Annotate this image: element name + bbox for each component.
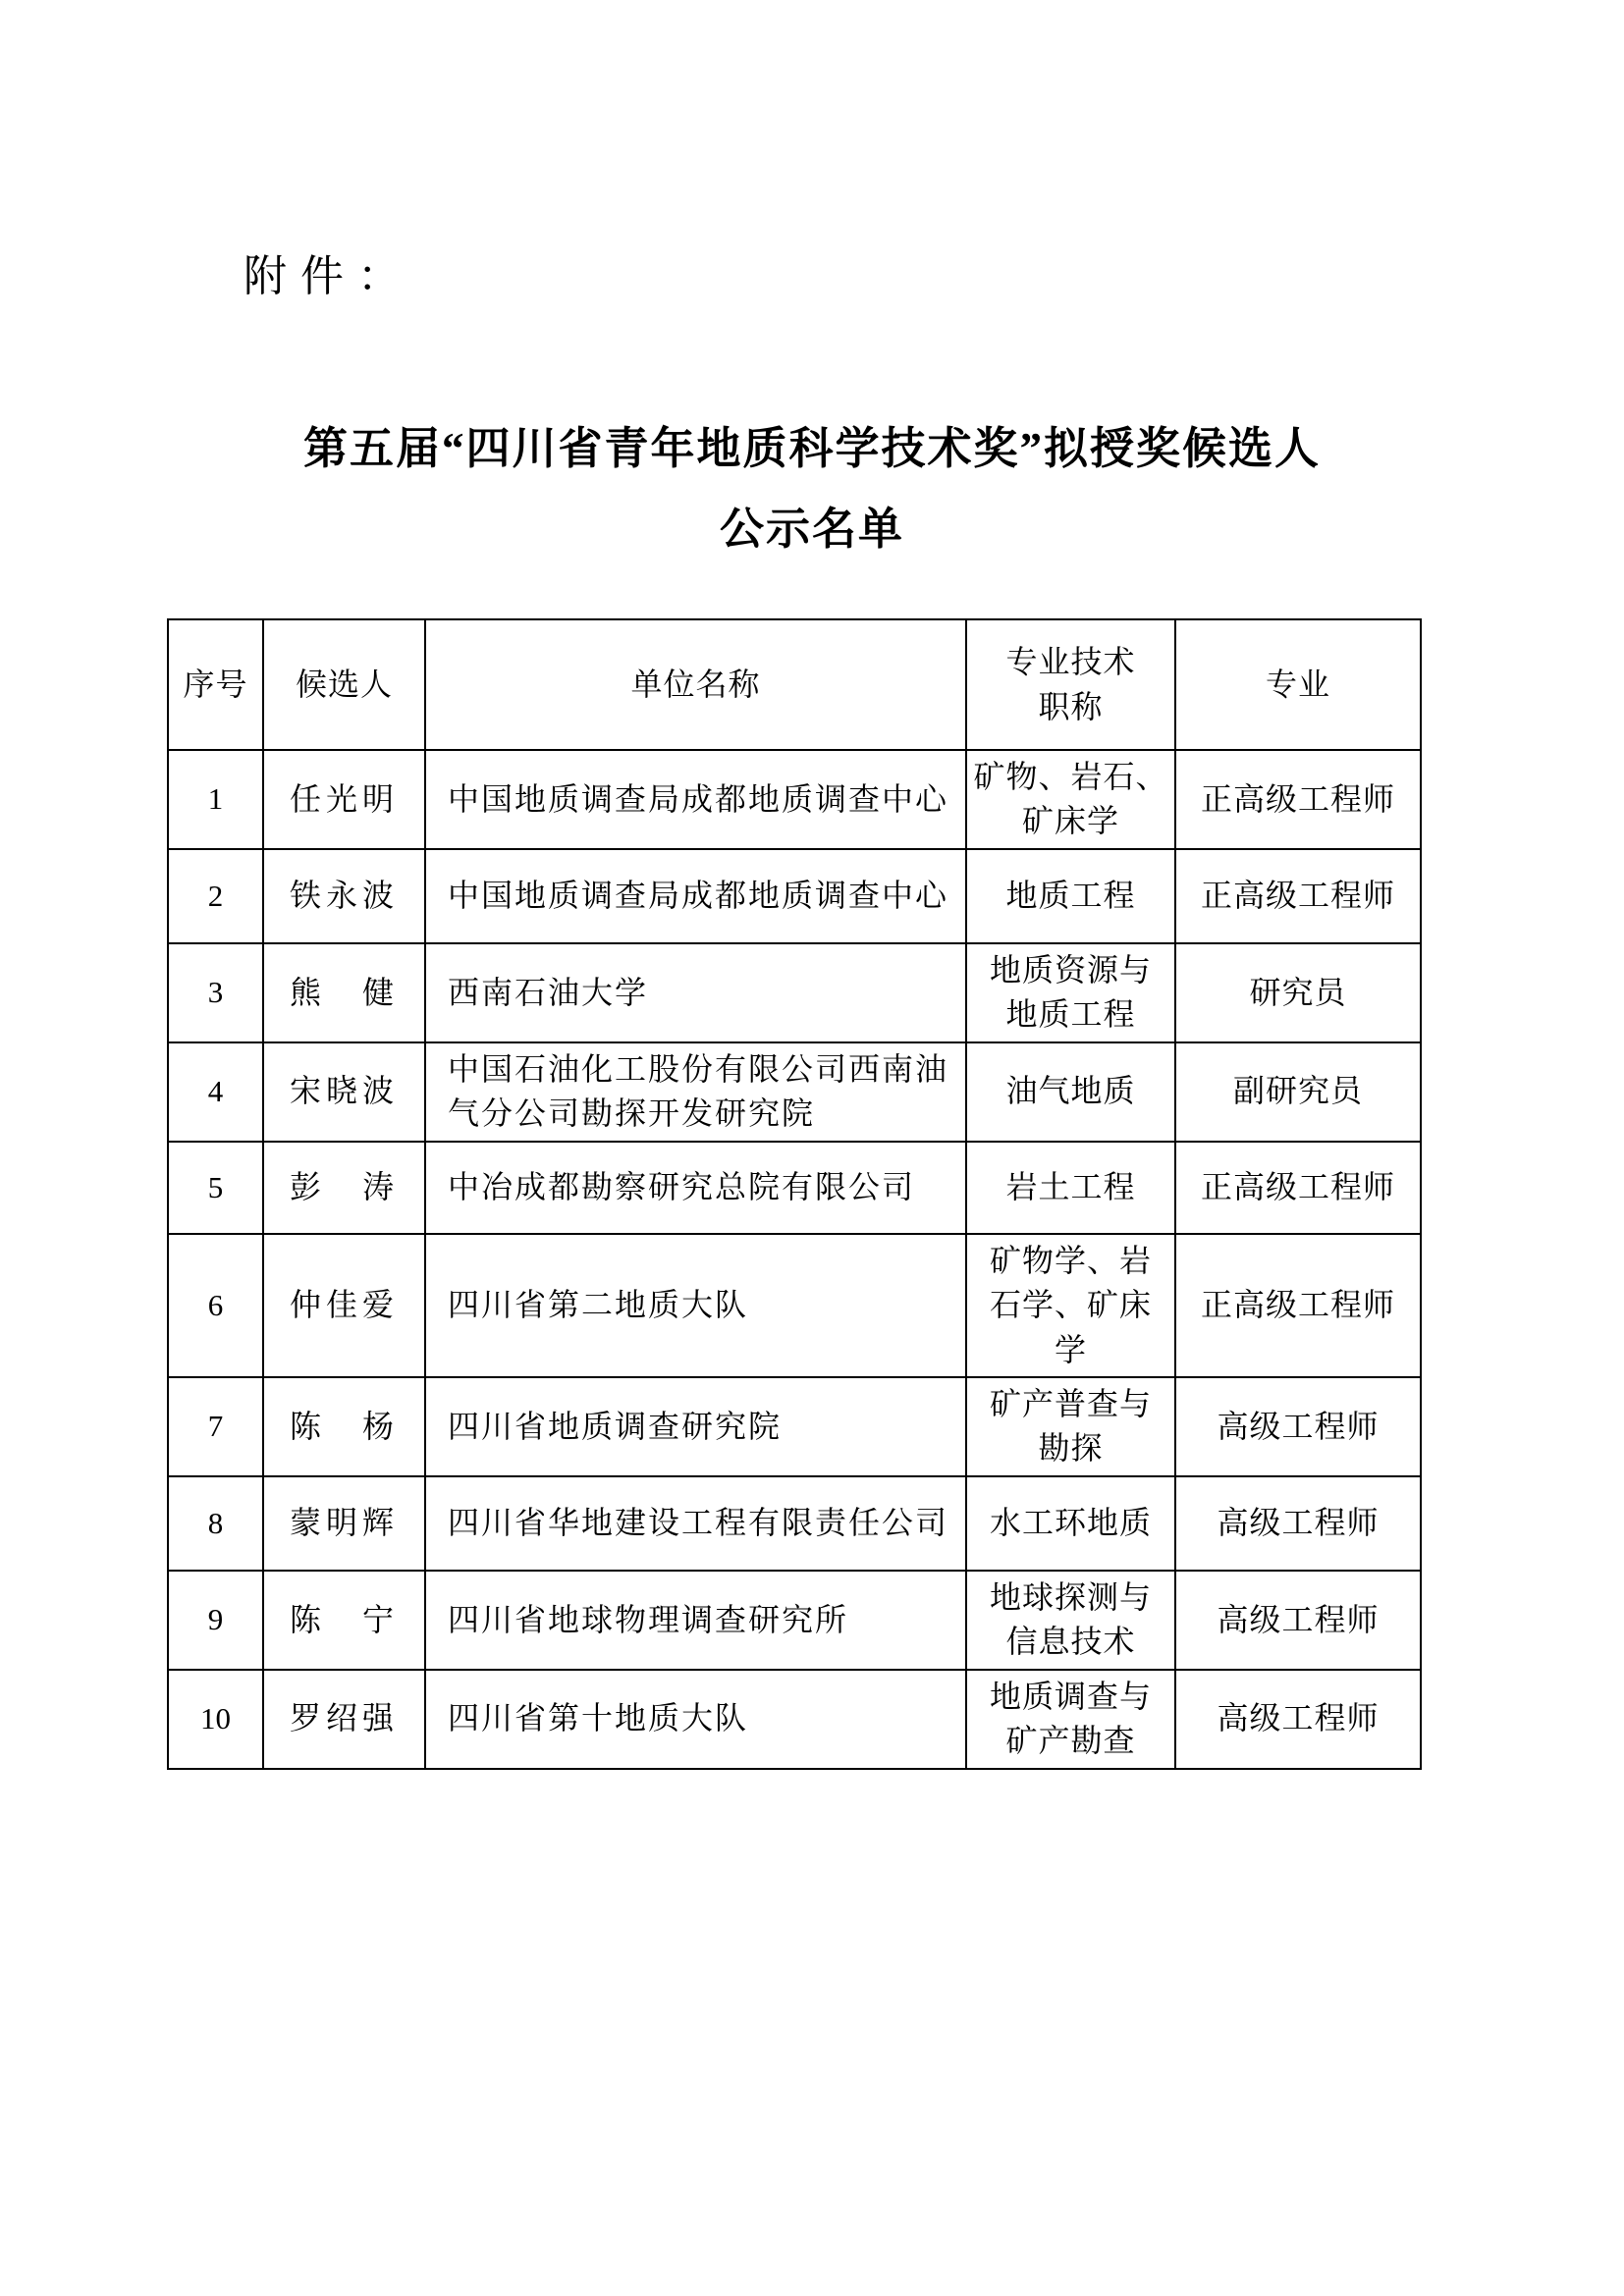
- serial-cell: 3: [168, 943, 263, 1042]
- specialty-cell: 高级工程师: [1175, 1377, 1421, 1476]
- organization-cell: 中国石油化工股份有限公司西南油 气分公司勘探开发研究院: [425, 1042, 966, 1142]
- organization-cell: 中冶成都勘察研究总院有限公司: [425, 1142, 966, 1234]
- tech-title-cell: 油气地质: [966, 1042, 1175, 1142]
- specialty-cell: 高级工程师: [1175, 1670, 1421, 1769]
- table-row: 2 铁永波 中国地质调查局成都地质调查中心 地质工程 正高级工程师: [168, 849, 1421, 943]
- candidate-cell: 仲佳爱: [263, 1234, 425, 1377]
- header-candidate: 候选人: [263, 619, 425, 750]
- serial-cell: 9: [168, 1571, 263, 1670]
- candidate-cell: 陈 宁: [263, 1571, 425, 1670]
- organization-cell: 中国地质调查局成都地质调查中心: [425, 750, 966, 849]
- candidate-cell: 彭 涛: [263, 1142, 425, 1234]
- organization-cell: 四川省地球物理调查研究所: [425, 1571, 966, 1670]
- header-row: 序号 候选人 单位名称 专业技术 职称 专业: [168, 619, 1421, 750]
- serial-cell: 7: [168, 1377, 263, 1476]
- organization-cell: 四川省华地建设工程有限责任公司: [425, 1476, 966, 1571]
- serial-cell: 6: [168, 1234, 263, 1377]
- serial-cell: 4: [168, 1042, 263, 1142]
- attachment-label: 附件：: [244, 251, 414, 303]
- candidate-cell: 陈 杨: [263, 1377, 425, 1476]
- serial-cell: 8: [168, 1476, 263, 1571]
- header-tech-title: 专业技术 职称: [966, 619, 1175, 750]
- table-row: 6 仲佳爱 四川省第二地质大队 矿物学、岩 石学、矿床 学 正高级工程师: [168, 1234, 1421, 1377]
- candidate-cell: 熊 健: [263, 943, 425, 1042]
- tech-title-cell: 水工环地质: [966, 1476, 1175, 1571]
- specialty-cell: 正高级工程师: [1175, 1142, 1421, 1234]
- serial-cell: 5: [168, 1142, 263, 1234]
- table-row: 10 罗绍强 四川省第十地质大队 地质调查与 矿产勘查 高级工程师: [168, 1670, 1421, 1769]
- candidate-cell: 蒙明辉: [263, 1476, 425, 1571]
- tech-title-cell: 矿物学、岩 石学、矿床 学: [966, 1234, 1175, 1377]
- specialty-cell: 正高级工程师: [1175, 750, 1421, 849]
- organization-cell: 西南石油大学: [425, 943, 966, 1042]
- tech-title-cell: 地球探测与 信息技术: [966, 1571, 1175, 1670]
- candidate-cell: 宋晓波: [263, 1042, 425, 1142]
- header-specialty: 专业: [1175, 619, 1421, 750]
- tech-title-cell: 地质调查与 矿产勘查: [966, 1670, 1175, 1769]
- table-row: 3 熊 健 西南石油大学 地质资源与 地质工程 研究员: [168, 943, 1421, 1042]
- organization-cell: 中国地质调查局成都地质调查中心: [425, 849, 966, 943]
- header-organization: 单位名称: [425, 619, 966, 750]
- candidate-cell: 任光明: [263, 750, 425, 849]
- organization-cell: 四川省第十地质大队: [425, 1670, 966, 1769]
- tech-title-cell: 矿产普查与 勘探: [966, 1377, 1175, 1476]
- specialty-cell: 高级工程师: [1175, 1476, 1421, 1571]
- tech-title-cell: 岩土工程: [966, 1142, 1175, 1234]
- tech-title-cell: 地质工程: [966, 849, 1175, 943]
- serial-cell: 1: [168, 750, 263, 849]
- table-row: 9 陈 宁 四川省地球物理调查研究所 地球探测与 信息技术 高级工程师: [168, 1571, 1421, 1670]
- organization-cell: 四川省地质调查研究院: [425, 1377, 966, 1476]
- organization-cell: 四川省第二地质大队: [425, 1234, 966, 1377]
- specialty-cell: 正高级工程师: [1175, 849, 1421, 943]
- specialty-cell: 副研究员: [1175, 1042, 1421, 1142]
- tech-title-cell: 地质资源与 地质工程: [966, 943, 1175, 1042]
- candidate-cell: 铁永波: [263, 849, 425, 943]
- serial-cell: 10: [168, 1670, 263, 1769]
- table-row: 5 彭 涛 中冶成都勘察研究总院有限公司 岩土工程 正高级工程师: [168, 1142, 1421, 1234]
- document-title-line2: 公示名单: [0, 503, 1624, 556]
- specialty-cell: 正高级工程师: [1175, 1234, 1421, 1377]
- specialty-cell: 研究员: [1175, 943, 1421, 1042]
- specialty-cell: 高级工程师: [1175, 1571, 1421, 1670]
- candidate-cell: 罗绍强: [263, 1670, 425, 1769]
- header-serial: 序号: [168, 619, 263, 750]
- candidates-table: 序号 候选人 单位名称 专业技术 职称 专业 1 任光明 中国地质调查局成都地质…: [167, 618, 1422, 1770]
- table-row: 7 陈 杨 四川省地质调查研究院 矿产普查与 勘探 高级工程师: [168, 1377, 1421, 1476]
- document-title-line1: 第五届“四川省青年地质科学技术奖”拟授奖候选人: [0, 422, 1624, 475]
- serial-cell: 2: [168, 849, 263, 943]
- tech-title-cell: 矿物、岩石、 矿床学: [966, 750, 1175, 849]
- table-row: 1 任光明 中国地质调查局成都地质调查中心 矿物、岩石、 矿床学 正高级工程师: [168, 750, 1421, 849]
- table-row: 4 宋晓波 中国石油化工股份有限公司西南油 气分公司勘探开发研究院 油气地质 副…: [168, 1042, 1421, 1142]
- table-row: 8 蒙明辉 四川省华地建设工程有限责任公司 水工环地质 高级工程师: [168, 1476, 1421, 1571]
